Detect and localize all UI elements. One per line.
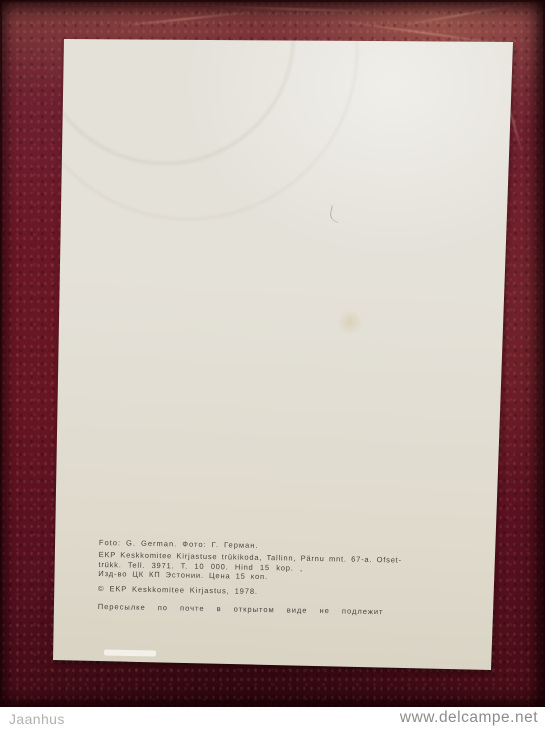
copyright-line: © EKP Keskkomitee Kirjastus, 1978.: [98, 584, 468, 600]
imprint-block: Foto: G. German. Фото: Г. Герман. EKP Ke…: [98, 538, 469, 618]
paper-stain: [336, 310, 364, 334]
watermark-strip: Jaanhus www.delcampe.net: [0, 707, 545, 730]
postcard-shadow: Foto: G. German. Фото: Г. Герман. EKP Ke…: [0, 0, 545, 707]
listing-photo: Foto: G. German. Фото: Г. Герман. EKP Ke…: [0, 0, 545, 730]
delcampe-watermark: www.delcampe.net: [400, 709, 538, 727]
postal-notice-line: Пересылке по почте в открытом виде не по…: [98, 602, 468, 618]
paper-crease: [328, 205, 341, 223]
photo-area: Foto: G. German. Фото: Г. Герман. EKP Ke…: [0, 0, 545, 707]
edge-scuff: [104, 649, 156, 656]
seller-watermark: Jaanhus: [9, 711, 65, 727]
press-mark-arc: [18, 0, 358, 220]
postcard-back: Foto: G. German. Фото: Г. Герман. EKP Ke…: [0, 0, 545, 707]
